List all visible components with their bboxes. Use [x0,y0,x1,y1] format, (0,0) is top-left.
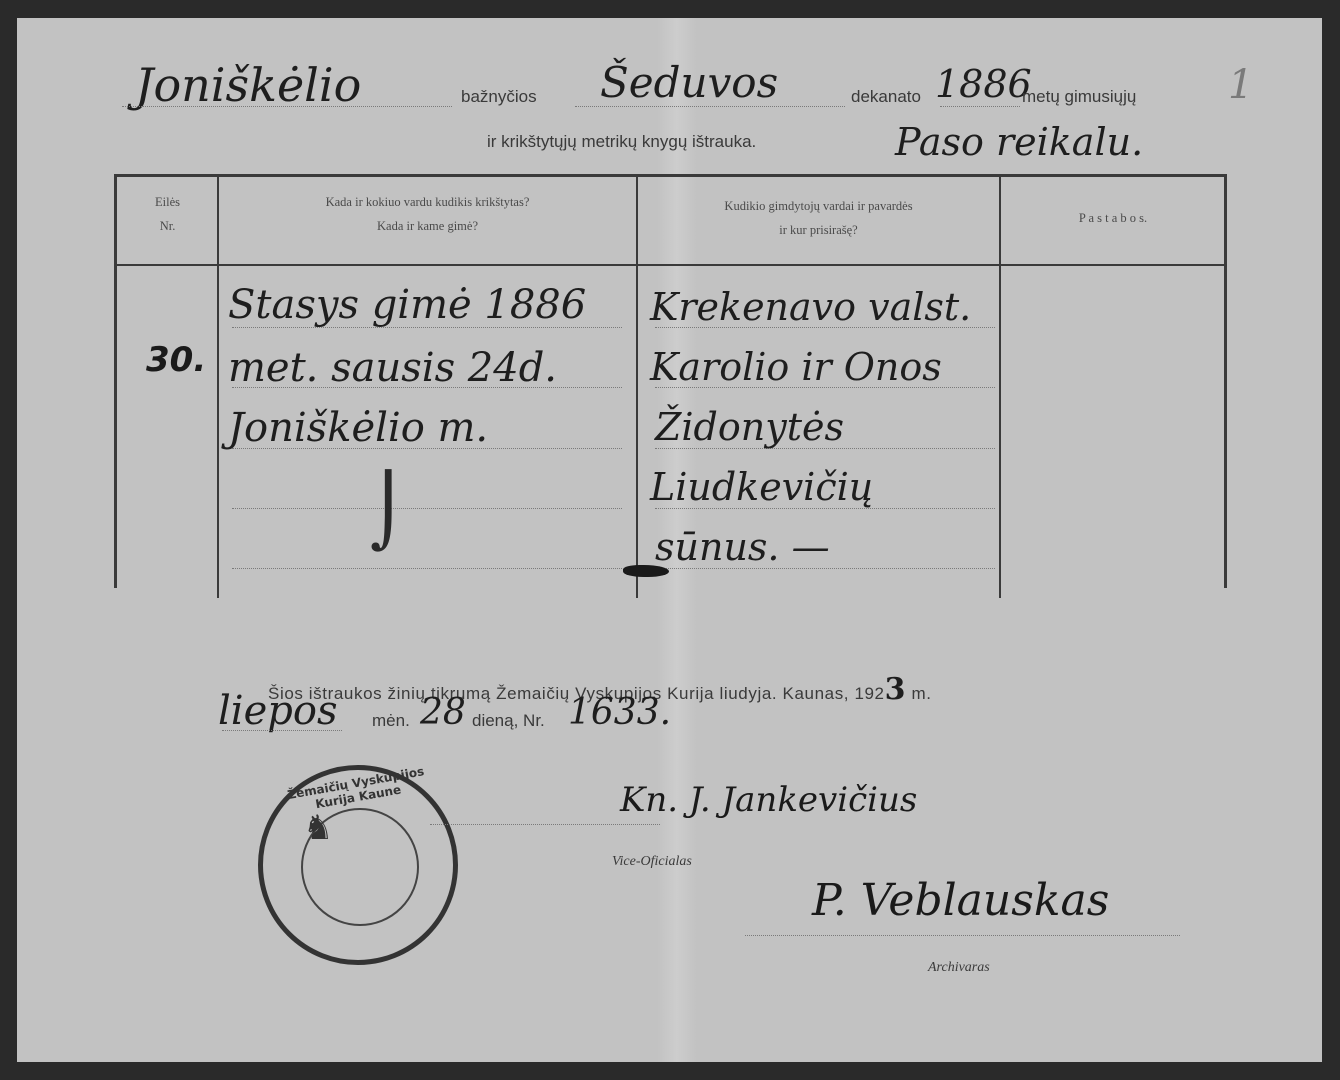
column-header-line: Eilės [118,190,217,214]
archivist-role: Archivaras [928,960,990,976]
column-header-baptism: Kada ir kokiuo vardu kudikis krikštytas?… [219,190,636,238]
ditto-brace: ⌡ [370,470,406,552]
entry-dotted-line [232,508,622,509]
purpose-handwritten: Paso reikalu. [895,120,1143,164]
column-header-line: P a s t a b o s. [1001,206,1225,230]
parish-handwritten: Joniškėlio [135,58,361,112]
column-header-line: Kada ir kame gimė? [219,214,636,238]
parents-line-4: Liudkevičių [650,465,873,509]
archivist-signature: P. Veblauskas [812,875,1109,926]
year-handwritten: 1886 [935,62,1032,106]
year-label: metų gimusiųjų [1022,87,1136,107]
cert-year-suffix: m. [911,684,931,703]
parents-line-5: sūnus. — [655,525,830,569]
parish-dotted-line [122,106,452,107]
signature-dotted-line [745,935,1180,936]
cert-day-handwritten: 28 [420,692,466,733]
column-header-line: Kada ir kokiuo vardu kudikis krikštytas? [219,190,636,214]
cert-month-label: mėn. [372,711,410,731]
vice-officialis-role: Vice-Oficialas [612,854,692,870]
parents-line-1: Krekenavo valst. [650,285,971,329]
column-header-remarks: P a s t a b o s. [1001,206,1225,230]
entry-dotted-line [232,568,622,569]
column-header-line: ir kur prisirašę? [638,218,999,242]
year-dotted-line [940,106,1020,107]
table-right-border [1224,174,1227,588]
curia-stamp: ♞ Žemaičių Vyskupijos Kurija Kaune [258,765,458,965]
parish-label: bažnyčios [461,87,537,107]
cert-year-digit: 3 [885,672,906,707]
row-number: 30. [146,340,206,380]
column-header-line: Nr. [118,214,217,238]
cert-day-label: dieną, Nr. [472,711,545,731]
signature-dotted-line [430,824,660,825]
table-header-border [115,264,1227,266]
birth-line-2: met. sausis 24d. [228,345,557,391]
parents-line-3: Židonytės [655,405,844,449]
column-header-number: Eilės Nr. [118,190,217,238]
table-left-border [114,174,117,588]
horseman-emblem-icon: ♞ [303,808,333,848]
column-header-parents: Kudikio gimdytojų vardai ir pavardės ir … [638,194,999,242]
cert-month-handwritten: liepos [218,688,337,734]
extract-title: ir krikštytųjų metrikų knygų ištrauka. [487,132,756,152]
vice-officialis-signature: Kn. J. Jankevičius [620,780,917,820]
deanery-dotted-line [575,106,845,107]
ink-blot [623,565,669,577]
month-dotted-line [222,730,342,731]
birth-line-1: Stasys gimė 1886 [228,282,586,328]
table-col-divider-3 [999,174,1001,598]
parents-line-2: Karolio ir Onos [650,345,942,389]
birth-line-3: Joniškėlio m. [228,405,488,451]
deanery-label: dekanato [851,87,921,107]
corner-mark: 1 [1228,62,1253,108]
column-header-line: Kudikio gimdytojų vardai ir pavardės [638,194,999,218]
deanery-handwritten: Šeduvos [600,58,778,107]
cert-number-handwritten: 1633. [568,692,671,733]
table-top-border [115,174,1227,177]
